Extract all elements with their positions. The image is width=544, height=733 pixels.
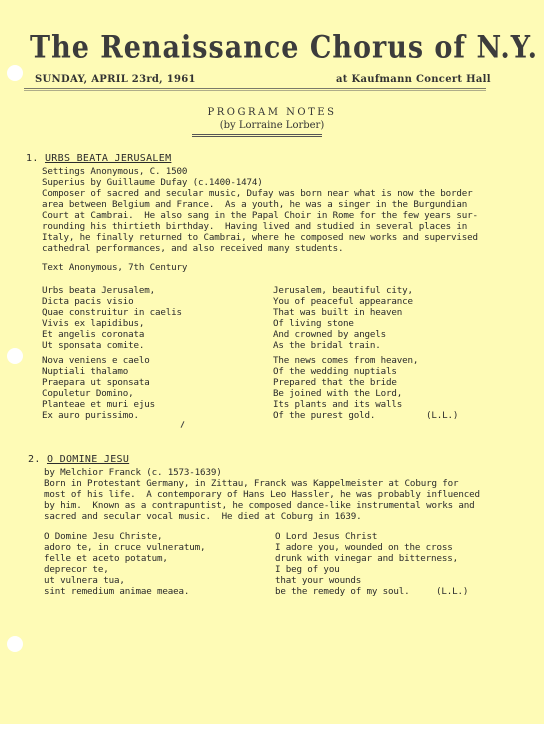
program-page: The Renaissance Chorus of N.Y. SUNDAY, A… (0, 0, 544, 724)
latin-stanza-2: Nova veniens e caelo Nuptiali thalamo Pr… (42, 355, 155, 421)
pen-mark (181, 421, 185, 428)
section-number: 1. (26, 153, 39, 164)
section-number: 2. (28, 454, 41, 465)
punch-hole (7, 65, 23, 81)
program-notes-heading: PROGRAM NOTES (0, 107, 544, 118)
section-title-text: URBS BEATA JERUSALEM (45, 153, 171, 164)
english-stanza-3: O Lord Jesus Christ I adore you, wounded… (275, 531, 458, 597)
masthead-rule (24, 88, 486, 89)
section-1-info: Settings Anonymous, C. 1500 Superius by … (42, 166, 263, 188)
english-stanza-2: The news comes from heaven, Of the weddi… (273, 355, 418, 421)
translator-credit: (L.L.) (426, 410, 458, 421)
latin-stanza-3: O Domine Jesu Christe, adoro te, in cruc… (44, 531, 205, 597)
section-1-title: 1. URBS BEATA JERUSALEM (26, 153, 171, 164)
translator-credit: (L.L.) (436, 586, 468, 597)
section-2-paragraph: Born in Protestant Germany, in Zittau, F… (44, 478, 480, 522)
punch-hole (7, 348, 23, 364)
heading-rule (192, 134, 322, 135)
section-1-text-credit: Text Anonymous, 7th Century (42, 262, 187, 273)
english-stanza-1: Jerusalem, beautiful city, You of peacef… (273, 285, 413, 351)
section-2-info: by Melchior Franck (c. 1573-1639) (44, 467, 222, 478)
section-title-text: O DOMINE JESU (47, 454, 129, 465)
section-1-paragraph: Composer of sacred and secular music, Du… (42, 188, 478, 254)
punch-hole (7, 636, 23, 652)
concert-venue: at Kaufmann Concert Hall (336, 74, 491, 85)
concert-date: SUNDAY, APRIL 23rd, 1961 (35, 74, 196, 85)
section-2-title: 2. O DOMINE JESU (28, 454, 129, 465)
program-notes-byline: (by Lorraine Lorber) (0, 120, 544, 131)
masthead-title: The Renaissance Chorus of N.Y. (30, 30, 488, 66)
latin-stanza-1: Urbs beata Jerusalem, Dicta pacis visio … (42, 285, 182, 351)
heading-rule-secondary (192, 136, 322, 137)
masthead-rule-secondary (24, 90, 486, 91)
